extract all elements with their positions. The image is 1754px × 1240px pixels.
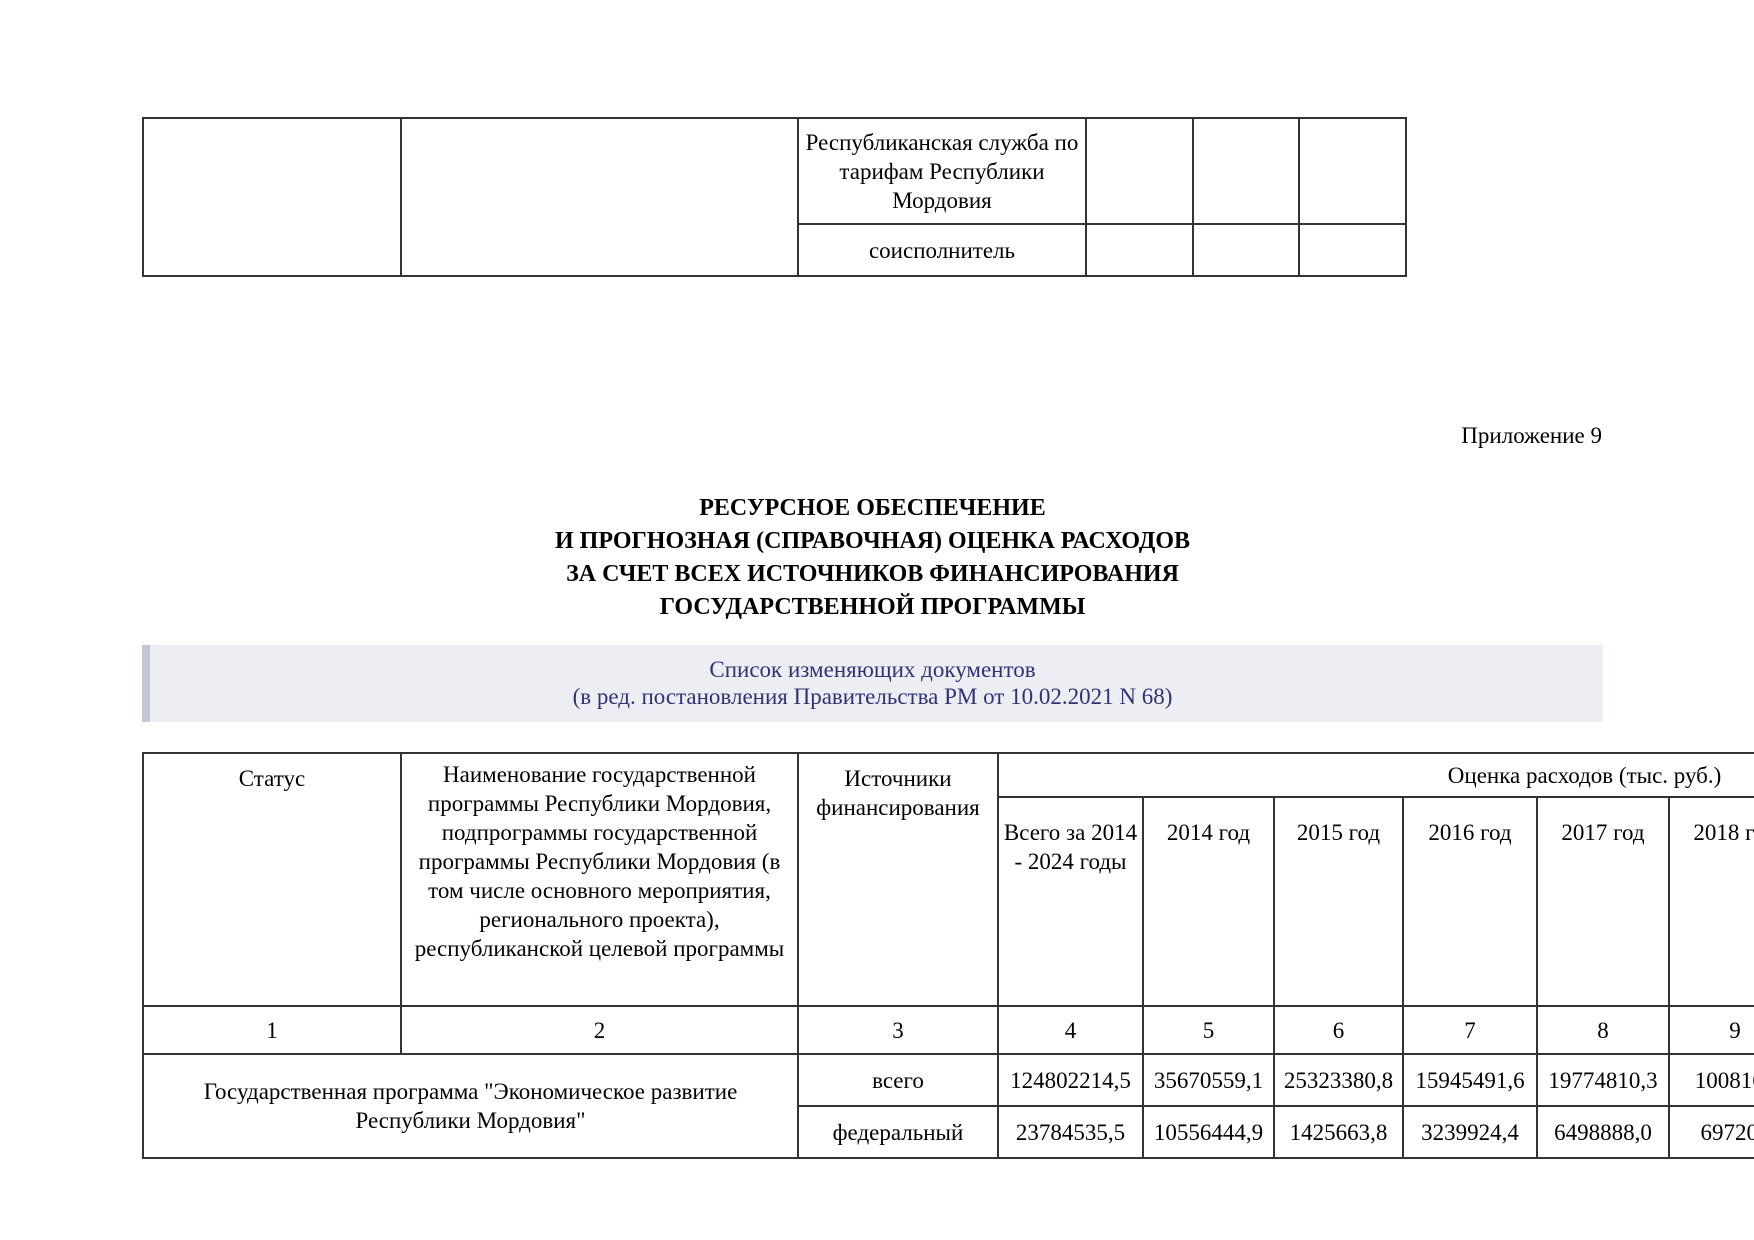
source-federal-cell: федеральный [798,1106,998,1158]
column-number-2: 2 [401,1006,798,1054]
title-line: ЗА СЧЕТ ВСЕХ ИСТОЧНИКОВ ФИНАНСИРОВАНИЯ [142,558,1603,591]
empty-cell [1086,118,1193,224]
column-number-7: 7 [1403,1006,1537,1054]
amendments-line-1: Список изменяющих документов [142,656,1603,683]
title-line: ГОСУДАРСТВЕННОЙ ПРОГРАММЫ [142,591,1603,624]
value-federal-2018: 697201 [1669,1106,1754,1158]
value-federal-2016: 3239924,4 [1403,1106,1537,1158]
column-number-9: 9 [1669,1006,1754,1054]
column-number-3: 3 [798,1006,998,1054]
value-total-2017: 19774810,3 [1537,1054,1669,1106]
header-year-2015: 2015 год [1274,797,1403,1006]
header-year-total: Всего за 2014 - 2024 годы [998,797,1143,1006]
empty-cell [1086,224,1193,276]
column-number-5: 5 [1143,1006,1274,1054]
value-total-2018: 1008162 [1669,1054,1754,1106]
resource-table: Статус Наименование государственной прог… [142,752,1754,1159]
program-name-cell: Государственная программа "Экономическое… [143,1054,798,1158]
header-funding-sources: Источники финансирования [798,753,998,1006]
column-number-6: 6 [1274,1006,1403,1054]
header-year-2017: 2017 год [1537,797,1669,1006]
empty-cell [143,118,401,276]
header-cost-estimate: Оценка расходов (тыс. руб.) [998,753,1754,797]
column-number-4: 4 [998,1006,1143,1054]
header-year-2014: 2014 год [1143,797,1274,1006]
empty-cell [1193,118,1299,224]
role-cell: соисполнитель [798,224,1086,276]
amendments-box: Список изменяющих документов (в ред. пос… [142,645,1603,722]
top-table: Республиканская служба по тарифам Респуб… [142,117,1407,277]
amendments-line-2: (в ред. постановления Правительства РМ о… [142,683,1603,710]
empty-cell [1193,224,1299,276]
value-federal-sum: 23784535,5 [998,1106,1143,1158]
header-year-2016: 2016 год [1403,797,1537,1006]
column-number-1: 1 [143,1006,401,1054]
empty-cell [1299,118,1406,224]
annex-label: Приложение 9 [1461,423,1602,449]
document-title: РЕСУРСНОЕ ОБЕСПЕЧЕНИЕ И ПРОГНОЗНАЯ (СПРА… [142,492,1603,624]
column-number-8: 8 [1537,1006,1669,1054]
value-federal-2017: 6498888,0 [1537,1106,1669,1158]
header-status: Статус [143,753,401,1006]
amendments-accent-bar [142,645,150,722]
header-program-name: Наименование государственной программы Р… [401,753,798,1006]
value-total-2016: 15945491,6 [1403,1054,1537,1106]
value-total-2015: 25323380,8 [1274,1054,1403,1106]
source-total-cell: всего [798,1054,998,1106]
value-federal-2014: 10556444,9 [1143,1106,1274,1158]
empty-cell [1299,224,1406,276]
title-line: РЕСУРСНОЕ ОБЕСПЕЧЕНИЕ [142,492,1603,525]
value-total-sum: 124802214,5 [998,1054,1143,1106]
executor-cell: Республиканская служба по тарифам Респуб… [798,118,1086,224]
value-total-2014: 35670559,1 [1143,1054,1274,1106]
title-line: И ПРОГНОЗНАЯ (СПРАВОЧНАЯ) ОЦЕНКА РАСХОДО… [142,525,1603,558]
value-federal-2015: 1425663,8 [1274,1106,1403,1158]
header-year-2018: 2018 год [1669,797,1754,1006]
empty-cell [401,118,798,276]
